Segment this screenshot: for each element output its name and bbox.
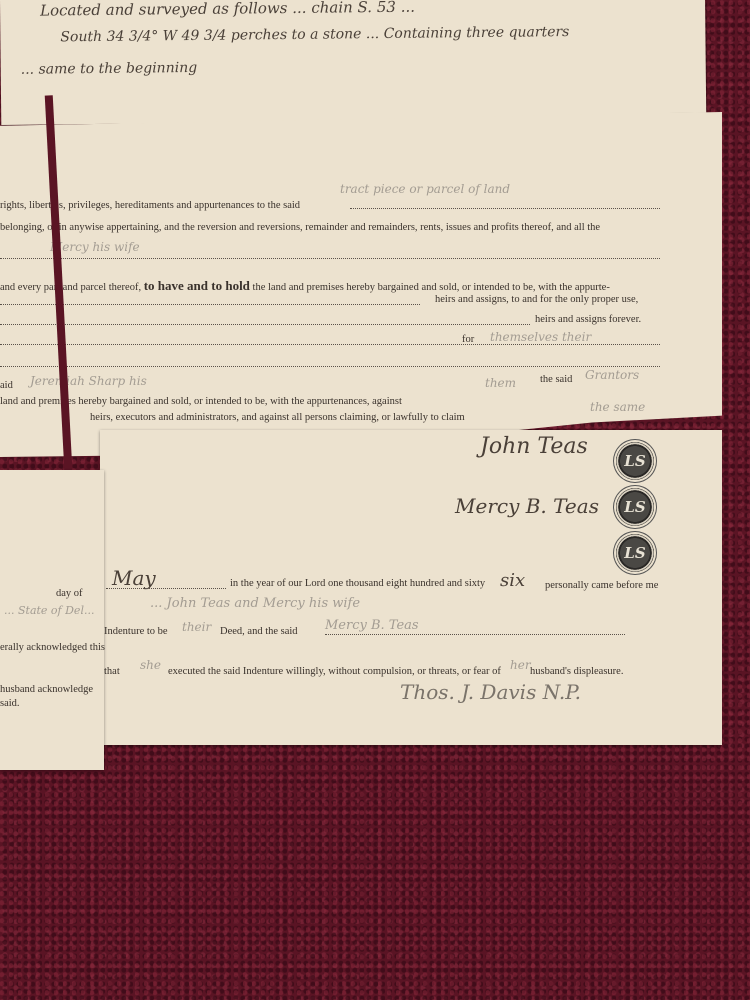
fill-l8: Jeremiah Sharp his [30,374,147,388]
acknowledgment-page: John Teas LS Mercy B. Teas LS LS May in … [100,430,722,745]
indenture-fill: their [182,620,211,634]
printed-line-6: heirs and assigns forever. [535,314,641,325]
printed-line-1: rights, liberties, privileges, hereditam… [0,200,300,211]
fear-fill: her [510,658,531,672]
year-line: in the year of our Lord one thousand eig… [230,578,485,589]
fill-l1: tract piece or parcel of land [340,182,510,196]
printed-line-4: and every part and parcel thereof, to ha… [0,278,610,294]
printed-line-5: heirs and assigns, to and for the only p… [435,294,638,305]
month-fill: May [112,566,156,590]
printed-line-10: heirs, executors and administrators, and… [90,412,465,423]
fill-l10: the same [590,400,645,414]
deed-said: Deed, and the said [220,626,298,637]
indenture-line: Indenture to be [104,626,168,637]
handwritten-survey-line-1: Located and surveyed as follows ... chai… [40,0,415,20]
left-said: said. [0,698,20,709]
seal-icon-2: LS [616,488,654,526]
left-lower-fragment: day of ... State of Del... erally acknow… [0,470,104,770]
that-fill: she [140,658,161,672]
fill-l3: Mercy his wife [50,240,140,254]
left-fill: ... State of Del... [4,604,94,617]
fill-l8b: Grantors [585,368,639,382]
seal-icon-3: LS [616,534,654,572]
fill-l7: themselves their [490,330,591,344]
displeasure: husband's displeasure. [530,666,623,677]
handwritten-survey-line-2: South 34 3/4° W 49 3/4 perches to a ston… [60,24,569,45]
came-before: personally came before me [545,580,658,591]
signature-john-teas: John Teas [480,434,588,459]
deed-top-fragment: Located and surveyed as follows ... chai… [0,0,706,125]
fill-l9: them [485,376,516,390]
printed-line-7: for [462,334,474,345]
names-fill: ... John Teas and Mercy his wife [150,596,360,611]
said-fill: Mercy B. Teas [325,618,419,633]
left-husband: husband acknowledge [0,684,93,695]
notary-signature: Thos. J. Davis N.P. [400,680,581,704]
year-fill: six [500,570,525,591]
that-label: that [104,666,120,677]
signature-mercy-teas: Mercy B. Teas [455,494,599,518]
seal-icon-1: LS [616,442,654,480]
printed-line-8b: the said [540,374,572,385]
printed-line-8a: aid [0,380,13,391]
left-day-of: day of [56,588,83,599]
executed-clause: executed the said Indenture willingly, w… [168,666,501,677]
printed-line-2: belonging, or in anywise appertaining, a… [0,222,600,233]
deed-main-page: tract piece or parcel of land rights, li… [0,112,722,457]
left-acknowledged: erally acknowledged this [0,642,105,653]
handwritten-survey-line-3: ... same to the beginning [21,60,198,78]
